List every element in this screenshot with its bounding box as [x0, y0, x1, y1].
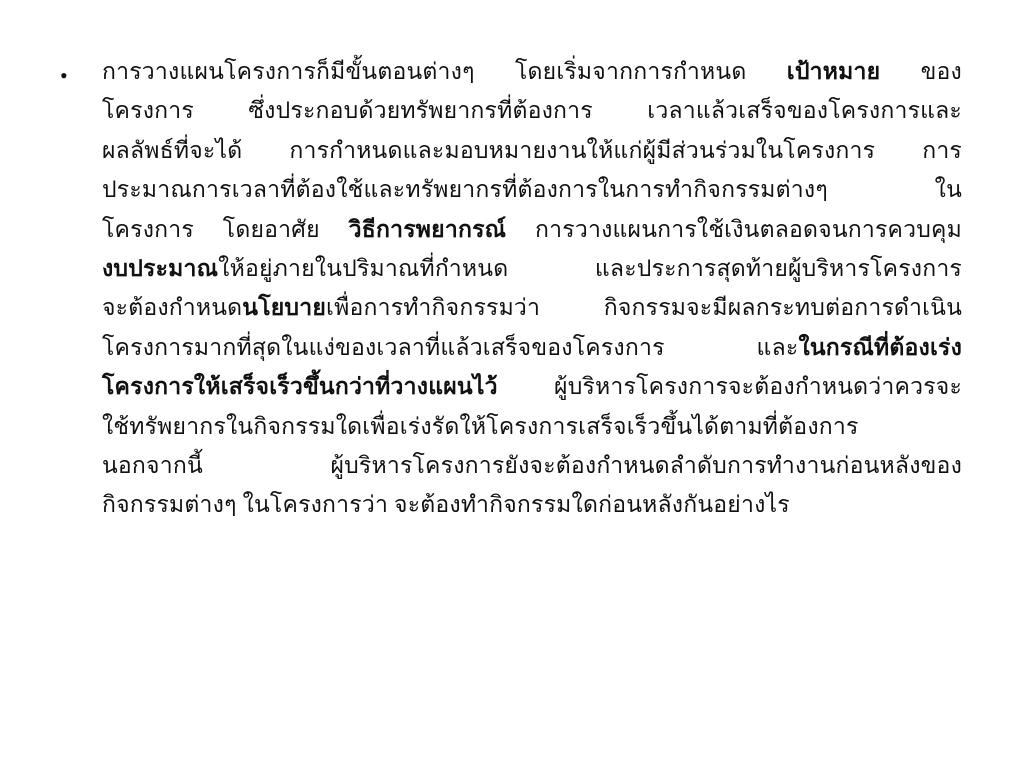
bullet-marker: •	[60, 56, 68, 95]
text-run: จะต้องกำหนด	[102, 295, 242, 320]
text-run: โครงการ โดยอาศัย	[102, 217, 349, 242]
text-run: ผู้บริหารโครงการจะต้องกำหนดว่าควรจะ	[498, 374, 962, 399]
text-run: ของ	[880, 59, 962, 84]
text-line: โครงการมากที่สุดในแง่ของเวลาที่แล้วเสร็จ…	[102, 328, 962, 367]
text-line: โครงการให้เสร็จเร็วขึ้นกว่าที่วางแผนไว้ …	[102, 367, 962, 406]
text-line: โครงการ ซึ่งประกอบด้วยทรัพยากรที่ต้องการ…	[102, 91, 962, 130]
text-line: โครงการ โดยอาศัย วิธีการพยากรณ์ การวางแผ…	[102, 210, 962, 249]
text-run: เพื่อการทำกิจกรรมว่า กิจกรรมจะมีผลกระทบต…	[326, 295, 962, 320]
text-run: ให้อยู่ภายในปริมาณที่กำหนด และประการสุดท…	[218, 256, 962, 281]
bullet-paragraph: การวางแผนโครงการก็มีขั้นตอนต่างๆ โดยเริ่…	[102, 52, 962, 525]
bold-text-run: นโยบาย	[242, 295, 326, 320]
text-line: นอกจากนี้ ผู้บริหารโครงการยังจะต้องกำหนด…	[102, 446, 962, 485]
text-run: การวางแผนโครงการก็มีขั้นตอนต่างๆ โดยเริ่…	[102, 59, 787, 84]
bold-text-run: โครงการให้เสร็จเร็วขึ้นกว่าที่วางแผนไว้	[102, 374, 498, 399]
slide: • การวางแผนโครงการก็มีขั้นตอนต่างๆ โดยเร…	[0, 0, 1024, 768]
text-run: กิจกรรมต่างๆ ในโครงการว่า จะต้องทำกิจกรร…	[102, 492, 790, 517]
text-run: การวางแผนการใช้เงินตลอดจนการควบคุม	[506, 217, 962, 242]
bold-text-run: งบประมาณ	[102, 256, 218, 281]
text-line: งบประมาณให้อยู่ภายในปริมาณที่กำหนด และปร…	[102, 249, 962, 288]
text-line: ประมาณการเวลาที่ต้องใช้และทรัพยากรที่ต้อ…	[102, 170, 962, 209]
text-run: โครงการ ซึ่งประกอบด้วยทรัพยากรที่ต้องการ…	[102, 98, 962, 123]
bold-text-run: วิธีการพยากรณ์	[349, 217, 507, 242]
text-line: ใช้ทรัพยากรในกิจกรรมใดเพื่อเร่งรัดให้โคร…	[102, 407, 962, 446]
text-run: ประมาณการเวลาที่ต้องใช้และทรัพยากรที่ต้อ…	[102, 177, 962, 202]
bold-text-run: ในกรณีที่ต้องเร่ง	[798, 335, 962, 360]
text-run: ใช้ทรัพยากรในกิจกรรมใดเพื่อเร่งรัดให้โคร…	[102, 414, 859, 439]
text-run: ผลลัพธ์ที่จะได้ การกำหนดและมอบหมายงานให้…	[102, 138, 962, 163]
bold-text-run: เป้าหมาย	[787, 59, 881, 84]
text-line: ผลลัพธ์ที่จะได้ การกำหนดและมอบหมายงานให้…	[102, 131, 962, 170]
text-line: จะต้องกำหนดนโยบายเพื่อการทำกิจกรรมว่า กิ…	[102, 288, 962, 327]
text-run: โครงการมากที่สุดในแง่ของเวลาที่แล้วเสร็จ…	[102, 335, 798, 360]
text-line: การวางแผนโครงการก็มีขั้นตอนต่างๆ โดยเริ่…	[102, 52, 962, 91]
text-run: นอกจากนี้ ผู้บริหารโครงการยังจะต้องกำหนด…	[102, 453, 962, 478]
text-line: กิจกรรมต่างๆ ในโครงการว่า จะต้องทำกิจกรร…	[102, 485, 962, 524]
